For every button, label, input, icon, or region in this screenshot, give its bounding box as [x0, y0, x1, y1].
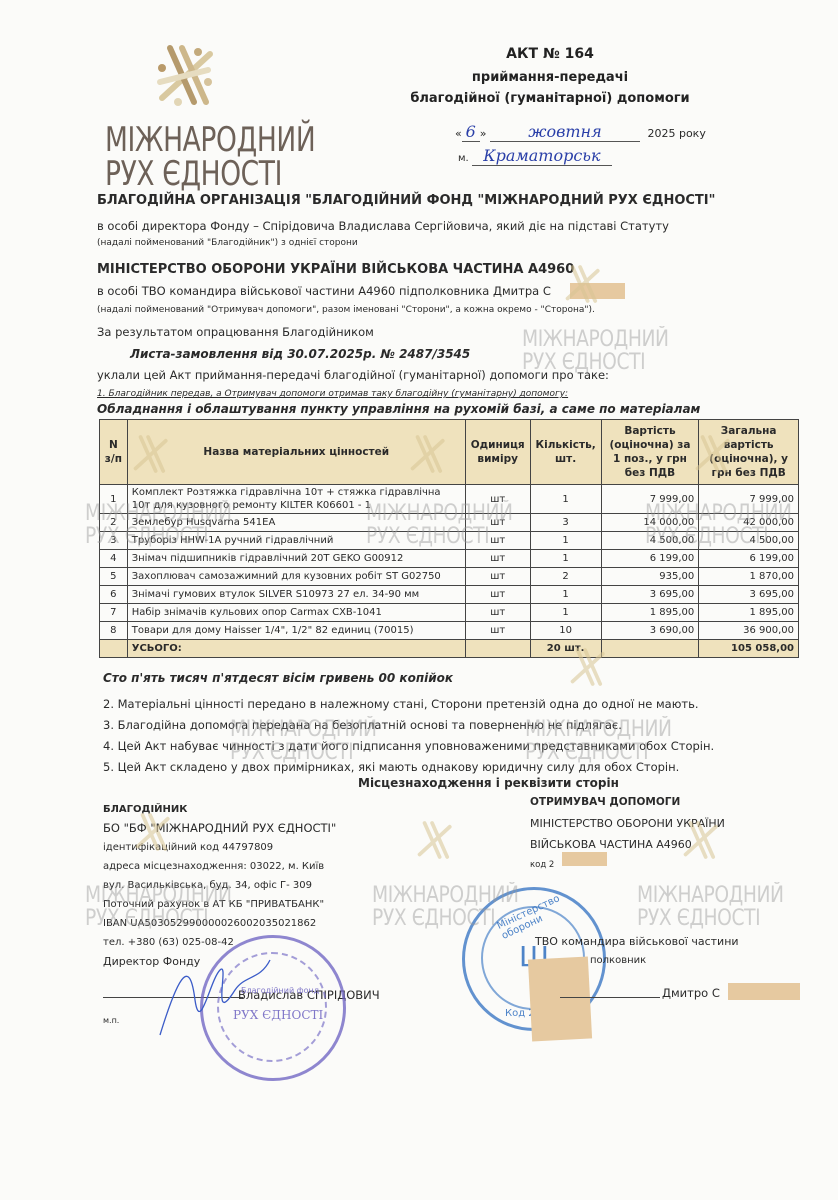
row-price: 14 000,00	[601, 514, 699, 532]
recipient-signer-title1: ТВО командира військової частини	[535, 935, 739, 948]
watermark: МІЖНАРОДНИЙРУХ ЄДНОСТІ	[637, 884, 784, 930]
col-unit: Одиниця виміру	[465, 420, 530, 485]
row-name: Захоплювач самозажимний для кузовних роб…	[127, 568, 465, 586]
row-total: 1 870,00	[699, 568, 799, 586]
row-name: Труборіз HHW-1A ручний гідравлічний	[127, 532, 465, 550]
row-total: 36 900,00	[699, 622, 799, 640]
table-row: 2Землебур Husqvarna 541EAшт314 000,0042 …	[100, 514, 799, 532]
cross-lines-logo-icon	[150, 40, 220, 110]
city: Краматорськ	[472, 146, 612, 166]
donor-address2: вул. Васильківська, буд. 34, офіс Г- 309	[103, 876, 336, 895]
row-price: 935,00	[601, 568, 699, 586]
col-name: Назва матеріальних цінностей	[127, 420, 465, 485]
col-number: N з/п	[100, 420, 128, 485]
act-number: АКТ № 164	[330, 46, 770, 62]
redaction-box	[562, 852, 607, 866]
redaction-box	[528, 956, 592, 1041]
row-unit: шт	[465, 532, 530, 550]
row-unit: шт	[465, 586, 530, 604]
donor-signature-icon	[150, 950, 280, 1040]
order-reference: Листа-замовлення від 30.07.2025р. № 2487…	[130, 347, 470, 361]
row-total: 4 500,00	[699, 532, 799, 550]
row-qty: 2	[530, 568, 601, 586]
row-name: Комплект Розтяжка гідравлічна 10т + стяж…	[127, 485, 465, 514]
logo-line1: МІЖНАРОДНИЙ	[105, 123, 315, 157]
total-row: УСЬОГО:20 шт.105 058,00	[100, 640, 799, 658]
row-number: 1	[100, 485, 128, 514]
row-price: 3 695,00	[601, 586, 699, 604]
row-number: 7	[100, 604, 128, 622]
row-qty: 1	[530, 586, 601, 604]
row-number: 8	[100, 622, 128, 640]
row-price: 1 895,00	[601, 604, 699, 622]
table-row: 6Знімачі гумових втулок SILVER S10973 27…	[100, 586, 799, 604]
total-empty	[465, 640, 530, 658]
row-unit: шт	[465, 622, 530, 640]
recipient-name2: ВІЙСЬКОВА ЧАСТИНА А4960	[530, 834, 725, 855]
row-total: 3 695,00	[699, 586, 799, 604]
recipient-rep: в особі ТВО командира військової частини…	[97, 284, 551, 298]
clauses-list: 2. Матеріальні цінності передано в належ…	[103, 694, 714, 778]
row-name: Знімачі гумових втулок SILVER S10973 27 …	[127, 586, 465, 604]
sum-in-words: Сто п'ять тисяч п'ятдесят вісім гривень …	[103, 671, 453, 685]
recipient-signer-name: Дмитро С	[662, 986, 720, 1000]
row-price: 6 199,00	[601, 550, 699, 568]
row-name: Товари для дому Haisser 1/4", 1/2" 82 ед…	[127, 622, 465, 640]
clause-5: 5. Цей Акт складено у двох примірниках, …	[103, 757, 714, 778]
redaction-box	[728, 983, 800, 1000]
total-label: УСЬОГО:	[127, 640, 465, 658]
intro-line2: уклали цей Акт приймання-передачі благод…	[97, 368, 609, 382]
table-row: 4Знімач підшипників гідравлічний 20T GEK…	[100, 550, 799, 568]
row-total: 1 895,00	[699, 604, 799, 622]
row-price: 4 500,00	[601, 532, 699, 550]
donor-iban: IBAN UA503052990000026002035021862	[103, 914, 336, 933]
stamp-place: м.п.	[103, 1016, 119, 1025]
row-price: 7 999,00	[601, 485, 699, 514]
recipient-signature-line	[560, 997, 660, 998]
title-line1: приймання-передачі	[330, 70, 770, 85]
clause-4: 4. Цей Акт набуває чинності з дати його …	[103, 736, 714, 757]
recipient-name1: МІНІСТЕРСТВО ОБОРОНИ УКРАЇНИ	[530, 813, 725, 834]
row-number: 4	[100, 550, 128, 568]
donor-note: (надалі пойменований "Благодійник") з од…	[97, 238, 358, 248]
donor-rep: в особі директора Фонду – Спірідовича Вл…	[97, 219, 669, 233]
watermark-logo-icon	[412, 818, 456, 862]
row-qty: 3	[530, 514, 601, 532]
logo-text: МІЖНАРОДНИЙ РУХ ЄДНОСТІ	[105, 123, 315, 191]
row-price: 3 690,00	[601, 622, 699, 640]
requisites-title: Місцезнаходження і реквізити сторін	[358, 776, 619, 790]
table-row: 7Набір знімачів кульових опор Carmax CXB…	[100, 604, 799, 622]
row-unit: шт	[465, 514, 530, 532]
table-row: 5Захоплювач самозажимний для кузовних ро…	[100, 568, 799, 586]
recipient-name: МІНІСТЕРСТВО ОБОРОНИ УКРАЇНИ ВІЙСЬКОВА Ч…	[97, 262, 574, 277]
recipient-heading: ОТРИМУВАЧ ДОПОМОГИ	[530, 792, 725, 813]
row-number: 5	[100, 568, 128, 586]
total-empty	[601, 640, 699, 658]
date-year: 2025 року	[647, 127, 705, 140]
row-qty: 1	[530, 550, 601, 568]
donor-name: БЛАГОДІЙНА ОРГАНІЗАЦІЯ "БЛАГОДІЙНИЙ ФОНД…	[97, 193, 715, 208]
row-qty: 1	[530, 485, 601, 514]
date-line: «6» жовтня 2025 року	[455, 122, 706, 142]
row-number: 6	[100, 586, 128, 604]
clause-2: 2. Матеріальні цінності передано в належ…	[103, 694, 714, 715]
row-qty: 10	[530, 622, 601, 640]
donor-code: ідентифікаційний код 44797809	[103, 838, 336, 857]
city-prefix: м.	[458, 153, 469, 164]
total-qty: 20 шт.	[530, 640, 601, 658]
donor-org-name: БО "БФ "МІЖНАРОДНИЙ РУХ ЄДНОСТІ"	[103, 819, 336, 838]
row-total: 6 199,00	[699, 550, 799, 568]
table-row: 1Комплект Розтяжка гідравлічна 10т + стя…	[100, 485, 799, 514]
row-unit: шт	[465, 485, 530, 514]
row-number: 2	[100, 514, 128, 532]
row-qty: 1	[530, 532, 601, 550]
col-total: Загальна вартість (оціночна), у грн без …	[699, 420, 799, 485]
row-total: 7 999,00	[699, 485, 799, 514]
date-month: жовтня	[490, 122, 640, 142]
col-qty: Кількість, шт.	[530, 420, 601, 485]
donor-address1: адреса місцезнаходження: 03022, м. Київ	[103, 857, 336, 876]
donor-heading: БЛАГОДІЙНИК	[103, 800, 336, 819]
intro-line1: За результатом опрацювання Благодійником	[97, 325, 374, 339]
row-name: Знімач підшипників гідравлічний 20T GEKO…	[127, 550, 465, 568]
row-total: 42 000,00	[699, 514, 799, 532]
recipient-signer-title2: полковник	[590, 955, 646, 966]
table-header-row: N з/п Назва матеріальних цінностей Одини…	[100, 420, 799, 485]
total-sum: 105 058,00	[699, 640, 799, 658]
row-unit: шт	[465, 568, 530, 586]
table-row: 3Труборіз HHW-1A ручний гідравлічнийшт14…	[100, 532, 799, 550]
date-day: 6	[462, 122, 480, 142]
city-line: м. Краматорськ	[458, 146, 612, 166]
row-name: Набір знімачів кульових опор Carmax CXB-…	[127, 604, 465, 622]
row-number: 3	[100, 532, 128, 550]
redaction-box	[570, 283, 625, 299]
clause-1: 1. Благодійник передав, а Отримувач допо…	[97, 389, 568, 399]
items-table: N з/п Назва матеріальних цінностей Одини…	[99, 419, 799, 658]
recipient-code: код 2	[530, 855, 725, 876]
title-line2: благодійної (гуманітарної) допомоги	[330, 91, 770, 106]
row-name: Землебур Husqvarna 541EA	[127, 514, 465, 532]
logo-line2: РУХ ЄДНОСТІ	[105, 157, 315, 191]
table-row: 8Товари для дому Haisser 1/4", 1/2" 82 е…	[100, 622, 799, 640]
recipient-block: ОТРИМУВАЧ ДОПОМОГИ МІНІСТЕРСТВО ОБОРОНИ …	[530, 792, 725, 876]
subject-line: Обладнання і облаштування пункту управлі…	[97, 402, 700, 416]
recipient-note: (надалі пойменований "Отримувач допомоги…	[97, 305, 595, 315]
row-unit: шт	[465, 604, 530, 622]
row-unit: шт	[465, 550, 530, 568]
clause-3: 3. Благодійна допомога передана на безоп…	[103, 715, 714, 736]
total-empty	[100, 640, 128, 658]
donor-account: Поточний рахунок в АТ КБ "ПРИВАТБАНК"	[103, 895, 336, 914]
col-price: Вартість (оціночна) за 1 поз., у грн без…	[601, 420, 699, 485]
row-qty: 1	[530, 604, 601, 622]
recipient-rep-text: в особі ТВО командира військової частини…	[97, 284, 551, 298]
